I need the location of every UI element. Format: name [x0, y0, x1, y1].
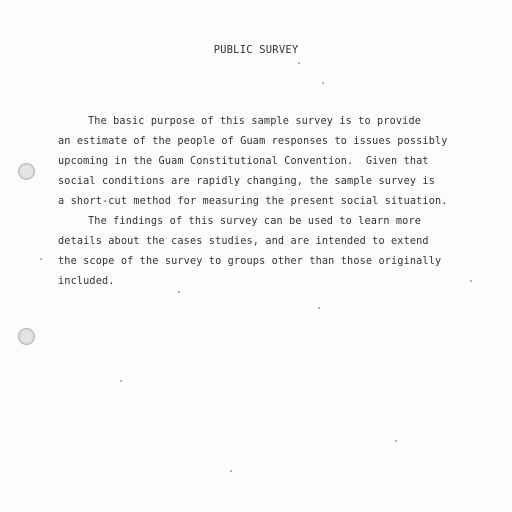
document-body: The basic purpose of this sample survey …	[58, 112, 498, 292]
paragraph-line: the scope of the survey to groups other …	[58, 252, 498, 272]
punch-hole-top	[18, 163, 35, 180]
scan-speck	[470, 280, 472, 282]
scan-speck	[298, 62, 300, 64]
scan-speck	[395, 440, 397, 442]
paragraph-1: The basic purpose of this sample survey …	[58, 112, 498, 212]
paragraph-line: details about the cases studies, and are…	[58, 232, 498, 252]
paragraph-line: included.	[58, 272, 498, 292]
scan-speck	[178, 291, 180, 293]
paragraph-line: The findings of this survey can be used …	[58, 212, 498, 232]
scan-speck	[318, 307, 320, 309]
paragraph-line: upcoming in the Guam Constitutional Conv…	[58, 152, 498, 172]
scan-speck	[230, 470, 232, 472]
scan-speck	[40, 258, 42, 260]
scan-speck	[322, 82, 324, 84]
document-title: PUBLIC SURVEY	[0, 44, 512, 56]
paragraph-2: The findings of this survey can be used …	[58, 212, 498, 292]
punch-hole-bottom	[18, 328, 35, 345]
paragraph-line: an estimate of the people of Guam respon…	[58, 132, 498, 152]
paragraph-line: social conditions are rapidly changing, …	[58, 172, 498, 192]
scan-speck	[120, 380, 122, 382]
paragraph-line: a short-cut method for measuring the pre…	[58, 192, 498, 212]
paragraph-line: The basic purpose of this sample survey …	[58, 112, 498, 132]
document-page: PUBLIC SURVEY The basic purpose of this …	[0, 0, 512, 512]
